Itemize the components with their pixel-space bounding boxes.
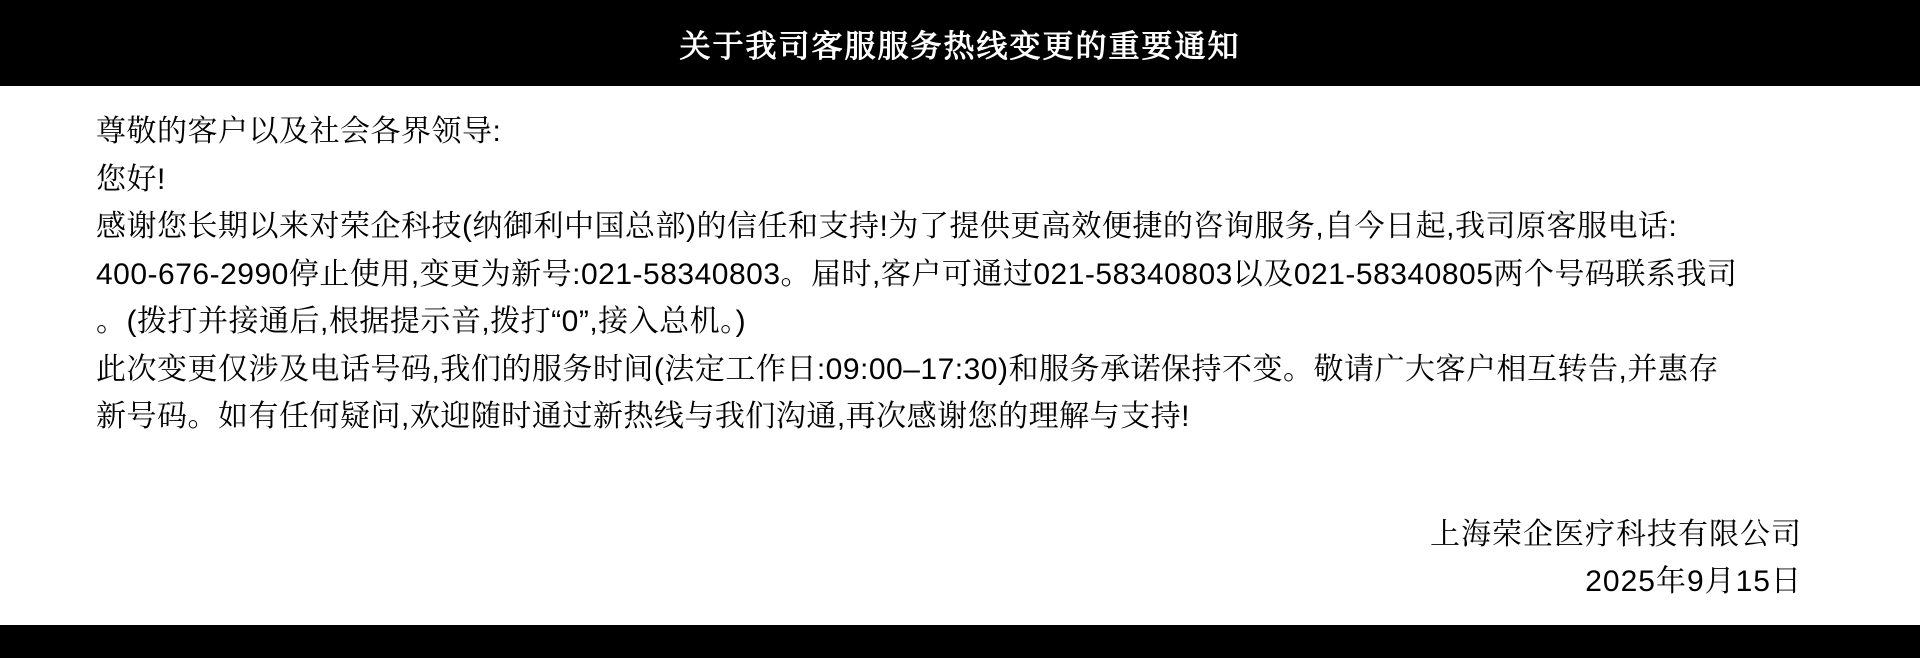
- notice-text-line: 新号码。如有任何疑问,欢迎随时通过新热线与我们沟通,再次感谢您的理解与支持!: [96, 393, 1802, 441]
- footer-bar: [0, 625, 1920, 658]
- notice-text-line: 。(拨打并接通后,根据提示音,拨打“0”,接入总机。): [96, 298, 1802, 346]
- notice-body: 尊敬的客户以及社会各界领导: 您好! 感谢您长期以来对荣企科技(纳御利中国总部)…: [96, 108, 1802, 606]
- header-bar: 关于我司客服服务热线变更的重要通知: [0, 0, 1920, 86]
- notice-date: 2025年9月15日: [96, 558, 1802, 606]
- greeting-line: 您好!: [96, 156, 1802, 204]
- notice-text-line: 400-676-2990停止使用,变更为新号:021-58340803。届时,客…: [96, 251, 1802, 299]
- company-name: 上海荣企医疗科技有限公司: [96, 511, 1802, 559]
- salutation-line: 尊敬的客户以及社会各界领导:: [96, 108, 1802, 156]
- notice-title: 关于我司客服服务热线变更的重要通知: [680, 21, 1241, 66]
- notice-text-line: 感谢您长期以来对荣企科技(纳御利中国总部)的信任和支持!为了提供更高效便捷的咨询…: [96, 203, 1802, 251]
- notice-text-line: 此次变更仅涉及电话号码,我们的服务时间(法定工作日:09:00–17:30)和服…: [96, 346, 1802, 394]
- notice-page: 关于我司客服服务热线变更的重要通知 尊敬的客户以及社会各界领导: 您好! 感谢您…: [0, 0, 1920, 658]
- signature-block: 上海荣企医疗科技有限公司 2025年9月15日: [96, 511, 1802, 606]
